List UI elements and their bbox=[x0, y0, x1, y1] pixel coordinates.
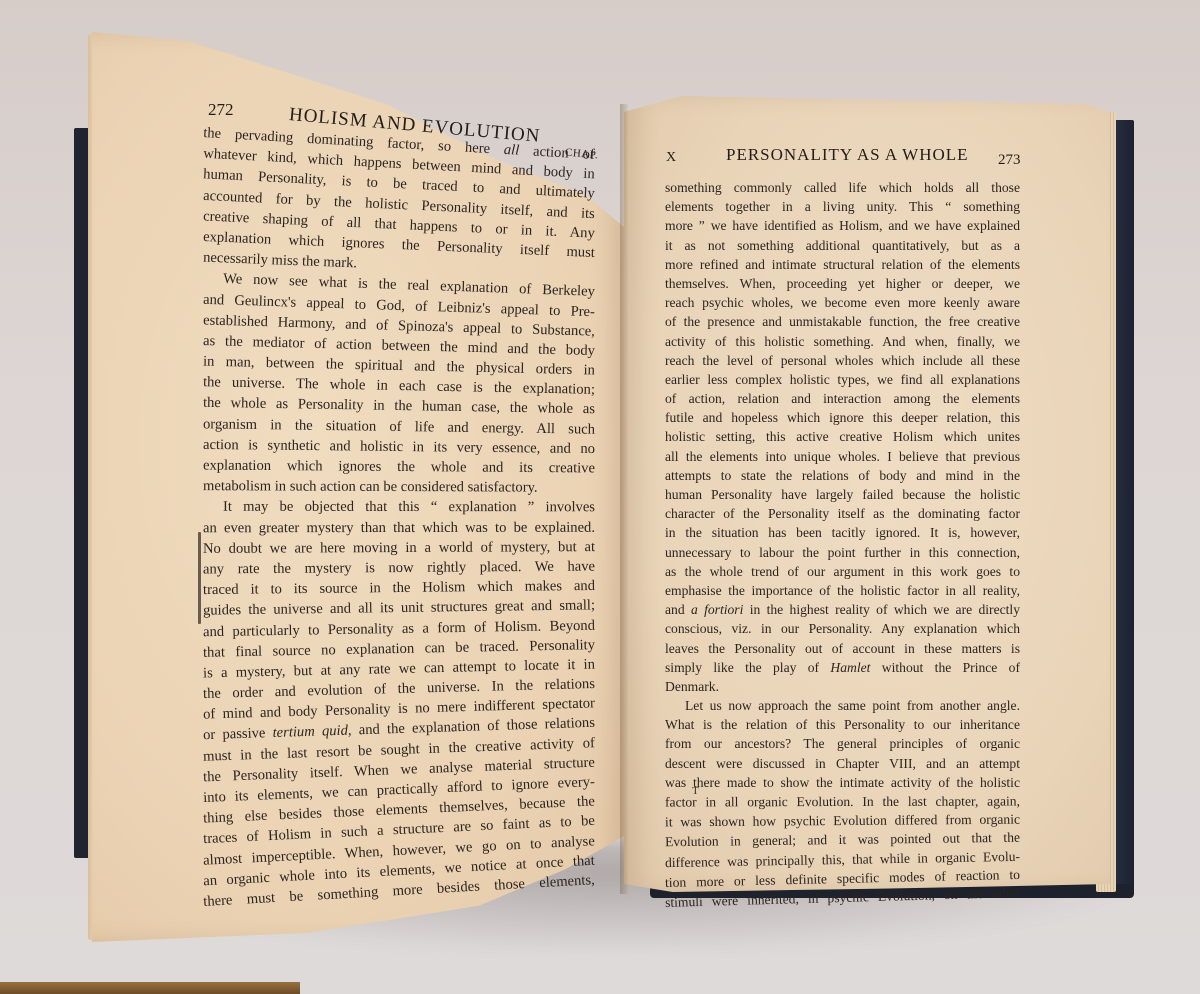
signature-mark: T bbox=[692, 785, 699, 797]
text-line: earlier less complex holistic types, we … bbox=[665, 370, 1020, 389]
text-line: all the elements into unique wholes. I b… bbox=[665, 447, 1020, 466]
text-line: leaves the Personality out of account in… bbox=[665, 639, 1020, 658]
text-line: It may be objected that this “ explanati… bbox=[203, 497, 595, 518]
text-line: of the presence and unmistakable functio… bbox=[665, 312, 1020, 331]
text-line: an even greater mystery than that which … bbox=[203, 517, 595, 538]
text-line: attempts to state the relations of body … bbox=[665, 466, 1020, 485]
text-line: holistic setting, this active creative H… bbox=[665, 427, 1020, 446]
text-line: factor in all organic Evolution. In the … bbox=[665, 792, 1020, 812]
text-line: Denmark. bbox=[665, 677, 1020, 696]
book-gutter bbox=[620, 104, 628, 894]
left-page-body: the pervading dominating factor, so here… bbox=[203, 134, 595, 901]
text-line: No doubt we are here moving in a world o… bbox=[203, 537, 595, 559]
text-line: it as not something additional quantitat… bbox=[665, 236, 1020, 255]
text-line: reach psychic wholes, we become even mor… bbox=[665, 293, 1020, 312]
right-page-body: something commonly called life which hol… bbox=[665, 178, 1020, 907]
text-line: was there made to show the intimate acti… bbox=[665, 773, 1020, 792]
text-line: unnecessary to labour the point further … bbox=[665, 543, 1020, 562]
text-line: descent were discussed in Chapter VIII, … bbox=[665, 754, 1020, 773]
text-line: reach the level of personal wholes which… bbox=[665, 351, 1020, 370]
text-line: What is the relation of this Personality… bbox=[665, 715, 1020, 734]
text-line: metabolism in such action can be conside… bbox=[203, 476, 595, 498]
text-line: something commonly called life which hol… bbox=[665, 178, 1020, 197]
photo-scene: 272 HOLISM AND EVOLUTION CHAP. the perva… bbox=[0, 0, 1200, 994]
text-line: more refined and intimate structural rel… bbox=[665, 255, 1020, 274]
text-line: explanation which ignores the whole and … bbox=[203, 456, 595, 479]
margin-pencil-mark bbox=[198, 532, 201, 624]
text-line: conscious, viz. in our Personality. Any … bbox=[665, 619, 1020, 638]
text-line: emphasise the importance of the holistic… bbox=[665, 581, 1020, 600]
text-line: themselves. When, proceeding yet higher … bbox=[665, 274, 1020, 293]
table-edge bbox=[0, 982, 300, 994]
text-line: activity of this holistic something. And… bbox=[665, 332, 1020, 351]
text-line: from our ancestors? The general principl… bbox=[665, 734, 1020, 753]
right-running-title: PERSONALITY AS A WHOLE bbox=[726, 145, 969, 165]
text-line: more ” we have identified as Holism, and… bbox=[665, 216, 1020, 235]
left-page-number: 272 bbox=[208, 100, 234, 120]
text-line: in the situation has been tacitly ignore… bbox=[665, 523, 1020, 542]
text-line: simply like the play of Hamlet without t… bbox=[665, 658, 1020, 677]
text-line: and a fortiori in the highest reality of… bbox=[665, 600, 1020, 619]
text-line: Let us now approach the same point from … bbox=[665, 696, 1020, 715]
text-line: futile and hopeless which ignore this de… bbox=[665, 408, 1020, 427]
chapter-number: X bbox=[666, 150, 676, 166]
text-line: character of the Personality itself as t… bbox=[665, 504, 1020, 523]
text-line: elements together in a living unity. Thi… bbox=[665, 197, 1020, 216]
text-line: human Personality have largely failed be… bbox=[665, 485, 1020, 504]
text-line: as the whole trend of our argument in th… bbox=[665, 562, 1020, 581]
right-page-number: 273 bbox=[998, 152, 1021, 169]
text-line: of action, relation and interaction amon… bbox=[665, 389, 1020, 408]
